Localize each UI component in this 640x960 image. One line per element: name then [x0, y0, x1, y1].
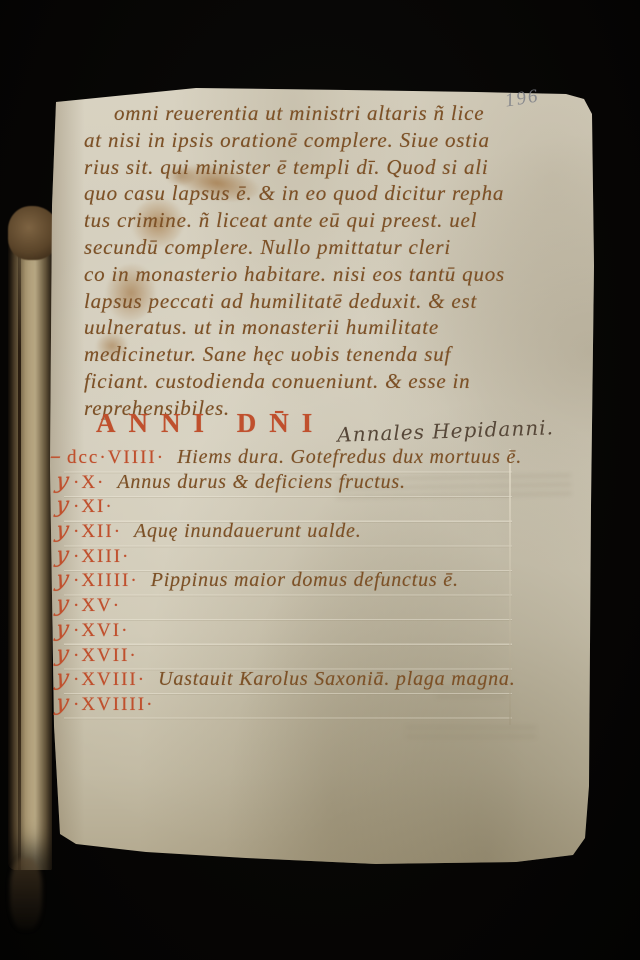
prose-line: uulneratus. ut in monasterii humilitate — [84, 314, 559, 341]
prose-line: ficiant. custodienda conueniunt. & esse … — [84, 368, 559, 395]
annal-year-sigil-icon: y — [54, 543, 75, 568]
stain — [601, 821, 640, 881]
annal-year-sigil-icon: y — [54, 617, 75, 642]
prose-line: at nisi in ipsis orationē complere. Siue… — [84, 127, 559, 154]
book-spine — [8, 222, 52, 870]
annal-entry-text: Uastauit Karolus Saxoniā. plaga magna. — [158, 668, 515, 690]
annal-row: y·XVII· — [56, 642, 566, 667]
annal-year-numeral: ·X· — [73, 472, 105, 493]
prose-line: omni reuerentia ut ministri altaris ñ li… — [84, 100, 559, 127]
annal-year-numeral: ·XVIII· — [73, 669, 146, 690]
annal-year-sigil-icon: y — [54, 518, 75, 543]
prose-block: omni reuerentia ut ministri altaris ñ li… — [84, 100, 559, 422]
annal-year-numeral: ·XIII· — [73, 546, 130, 567]
annal-row: y·XV· — [56, 592, 566, 617]
annal-year-sigil-icon: – — [48, 444, 69, 469]
bleedthrough-ghost — [406, 726, 536, 744]
annal-list: –dcc·VIIII·Hiems dura. Gotefredus dux mo… — [56, 444, 566, 716]
annal-year-numeral: ·XVII· — [73, 645, 138, 666]
annal-year-numeral: ·XIIII· — [73, 570, 139, 591]
annal-year-sigil-icon: y — [54, 592, 75, 617]
anni-domini-rubric: ANNI DN̄I — [96, 408, 325, 438]
annal-year-sigil-icon: y — [54, 493, 75, 518]
annal-row: y·XIII· — [56, 543, 566, 568]
annal-year-numeral: ·XII· — [73, 521, 122, 542]
prose-line: co in monasterio habitare. nisi eos tant… — [84, 261, 559, 288]
annal-row: y·XVI· — [56, 617, 566, 642]
annal-entry-text: Pippinus maior domus defunctus ē. — [151, 569, 459, 591]
annal-year-numeral: ·XVI· — [73, 620, 129, 641]
prose-line: medicinetur. Sane hęc uobis tenenda suf — [84, 341, 559, 368]
annal-year-numeral: ·XV· — [73, 595, 121, 616]
annal-year-sigil-icon: y — [54, 642, 75, 667]
annal-row: y·XVIIII· — [56, 691, 566, 716]
annal-row: y·XII·Aquę inundauerunt ualde. — [56, 518, 566, 543]
photo-background: 196 omni reuerentia ut ministri altaris … — [0, 0, 640, 960]
spine-tail-shadow — [10, 858, 42, 930]
prose-line: secundū complere. Nullo pmittatur cleri — [84, 234, 559, 261]
annal-entry-text: Hiems dura. Gotefredus dux mortuus ē. — [177, 446, 522, 468]
annal-row: y·XIIII·Pippinus maior domus defunctus ē… — [56, 567, 566, 592]
prose-line: quo casu lapsus ē. & in eo quod dicitur … — [84, 180, 559, 207]
annal-entry-text: Annus durus & deficiens fructus. — [117, 471, 405, 493]
annal-row: y·XVIII·Uastauit Karolus Saxoniā. plaga … — [56, 666, 566, 691]
annal-year-sigil-icon: y — [54, 567, 75, 592]
annal-row: y·XI· — [56, 493, 566, 518]
prose-line: rius sit. qui minister ē templi dī. Quod… — [84, 154, 559, 181]
annal-section-heading: ANNI DN̄I Annales Hepidanni. — [96, 408, 554, 439]
annal-year-sigil-icon: y — [54, 469, 75, 494]
annal-row: y·X·Annus durus & deficiens fructus. — [56, 469, 566, 494]
annal-entry-text: Aquę inundauerunt ualde. — [134, 520, 362, 542]
annal-year-numeral: dcc·VIIII· — [67, 447, 165, 468]
annal-year-numeral: ·XVIIII· — [73, 694, 154, 715]
annal-year-sigil-icon: y — [54, 691, 75, 716]
annal-year-numeral: ·XI· — [73, 496, 114, 517]
prose-line: tus crimine. ñ liceat ante eū qui preest… — [84, 207, 559, 234]
annal-year-sigil-icon: y — [54, 666, 75, 691]
prose-line: lapsus peccati ad humilitatē deduxit. & … — [84, 288, 559, 315]
annal-row: –dcc·VIIII·Hiems dura. Gotefredus dux mo… — [50, 444, 566, 469]
